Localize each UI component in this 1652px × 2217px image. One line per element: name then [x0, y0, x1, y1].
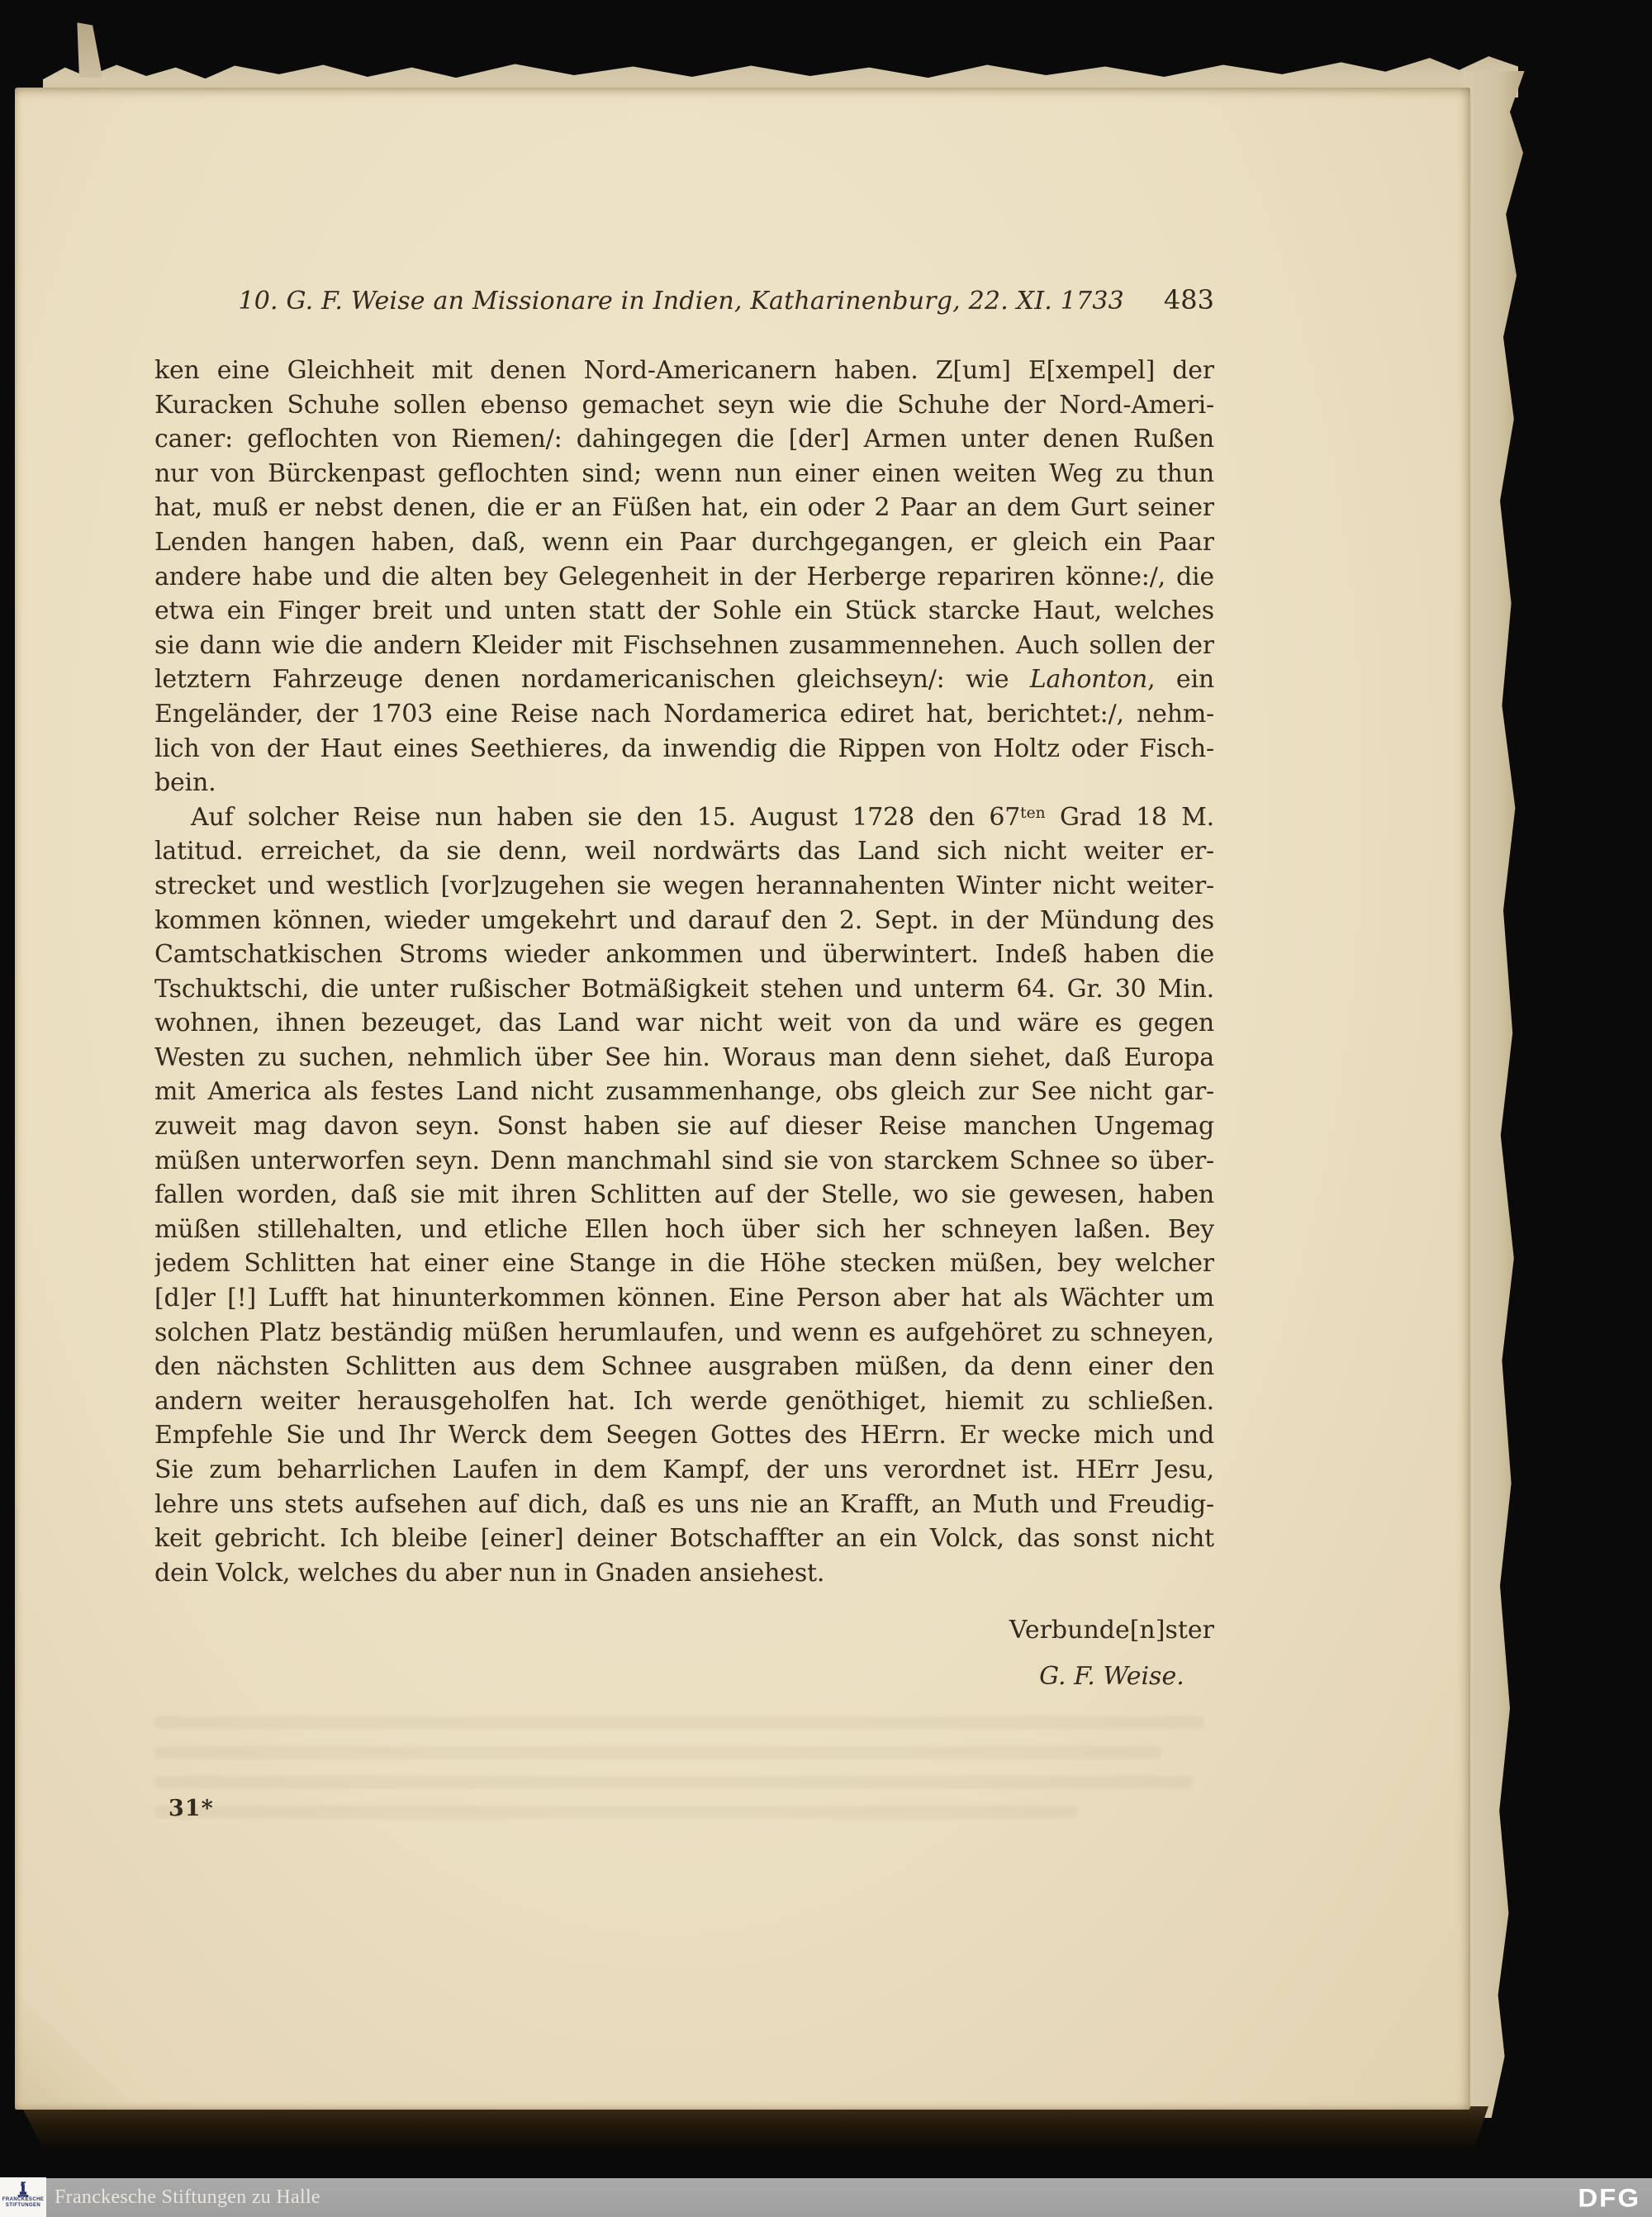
- signature-name: G. F. Weise.: [1009, 1660, 1214, 1693]
- text-line: mit America als festes Land nicht zusamm…: [154, 1075, 1214, 1109]
- text-line: jedem Schlitten hat einer eine Stange in…: [154, 1246, 1214, 1281]
- text-line: Camtschatkischen Stroms wieder ankommen …: [154, 938, 1214, 972]
- chapter-heading: 10. G. F. Weise an Missionare in Indien,…: [238, 287, 1123, 316]
- logo-text-line1: FRANCKESCHE: [2, 2197, 44, 2203]
- text-line: nur von Bürckenpast geflochten sind; wen…: [154, 457, 1214, 491]
- text-line: Engeländer, der 1703 eine Reise nach Nor…: [154, 697, 1214, 732]
- text-line: lich von der Haut eines Seethieres, da i…: [154, 732, 1214, 767]
- franckesche-stiftungen-logo: FRANCKESCHE STIFTUNGEN: [0, 2177, 46, 2217]
- text-line: müßen unterworfen seyn. Denn manchmahl s…: [154, 1144, 1214, 1179]
- text-line: etwa ein Finger breit und unten statt de…: [154, 594, 1214, 629]
- scan-viewer: { "header": { "title": "10. G. F. Weise …: [0, 0, 1652, 2217]
- institution-label: Franckesche Stiftungen zu Halle: [55, 2178, 320, 2217]
- text-line: Kuracken Schuhe sollen ebenso gemachet s…: [154, 388, 1214, 423]
- text-line: andern weiter herausgeholfen hat. Ich we…: [154, 1384, 1214, 1419]
- page-deckle-edge-right: [1464, 71, 1530, 2118]
- statue-icon: [15, 2179, 31, 2197]
- text-line: zuweit mag davon seyn. Sonst haben sie a…: [154, 1109, 1214, 1144]
- logo-text-line2: STIFTUNGEN: [6, 2203, 40, 2209]
- signature-closing: Verbunde[n]ster: [1009, 1614, 1214, 1647]
- text-line: Lenden hangen haben, daß, wenn ein Paar …: [154, 525, 1214, 560]
- book-page: 10. G. F. Weise an Missionare in Indien,…: [15, 88, 1470, 2110]
- viewer-footer-bar: FRANCKESCHE STIFTUNGEN Franckesche Stift…: [0, 2178, 1652, 2217]
- text-line: hat, muß er nebst denen, die er an Füßen…: [154, 491, 1214, 525]
- text-line: andere habe und die alten bey Gelegenhei…: [154, 560, 1214, 595]
- text-line: solchen Platz beständig müßen herumlaufe…: [154, 1316, 1214, 1351]
- text-line: lehre uns stets aufsehen auf dich, daß e…: [154, 1488, 1214, 1522]
- dfg-logo: DFG: [1578, 2183, 1640, 2213]
- text-line: keit gebricht. Ich bleibe [einer] deiner…: [154, 1522, 1214, 1556]
- text-line: [d]er [!] Lufft hat hinunterkommen könne…: [154, 1281, 1214, 1316]
- text-line: latitud. erreichet, da sie denn, weil no…: [154, 834, 1214, 869]
- text-line: letztern Fahrzeuge denen nordamericanisc…: [154, 662, 1214, 697]
- running-header: 10. G. F. Weise an Missionare in Indien,…: [154, 284, 1214, 316]
- page-torn-tab: [73, 21, 102, 81]
- text-line: sie dann wie die andern Kleider mit Fisc…: [154, 629, 1214, 663]
- text-line: Auf solcher Reise nun haben sie den 15. …: [154, 800, 1214, 835]
- text-line: ken eine Gleichheit mit denen Nord-Ameri…: [154, 354, 1214, 388]
- text-line: Empfehle Sie und Ihr Werck dem Seegen Go…: [154, 1418, 1214, 1453]
- text-line: wohnen, ihnen bezeuget, das Land war nic…: [154, 1006, 1214, 1041]
- text-line: caner: geflochten von Riemen/: dahingege…: [154, 422, 1214, 457]
- text-line: Sie zum beharrlichen Laufen in dem Kampf…: [154, 1453, 1214, 1488]
- text-line: strecket und westlich [vor]zugehen sie w…: [154, 869, 1214, 904]
- text-line: bein.: [154, 766, 1214, 800]
- sheet-signature-mark: 31*: [169, 1796, 214, 1821]
- text-line: den nächsten Schlitten aus dem Schnee au…: [154, 1350, 1214, 1384]
- letter-body-text: ken eine Gleichheit mit denen Nord-Ameri…: [154, 354, 1214, 1590]
- ink-bleed-through: [154, 1716, 1203, 1835]
- text-line: dein Volck, welches du aber nun in Gnade…: [154, 1556, 1214, 1591]
- text-line: Westen zu suchen, nehmlich über See hin.…: [154, 1041, 1214, 1075]
- text-line: kommen können, wieder umgekehrt und dara…: [154, 904, 1214, 938]
- page-corner-crease: [15, 1977, 139, 2110]
- book-block-shadow: [21, 2106, 1488, 2149]
- text-line: müßen stillehalten, und etliche Ellen ho…: [154, 1213, 1214, 1247]
- signature-block: Verbunde[n]ster G. F. Weise.: [154, 1614, 1214, 1693]
- text-line: fallen worden, daß sie mit ihren Schlitt…: [154, 1178, 1214, 1213]
- text-line: Tschuktschi, die unter rußischer Botmäßi…: [154, 972, 1214, 1007]
- page-number: 483: [1164, 284, 1214, 316]
